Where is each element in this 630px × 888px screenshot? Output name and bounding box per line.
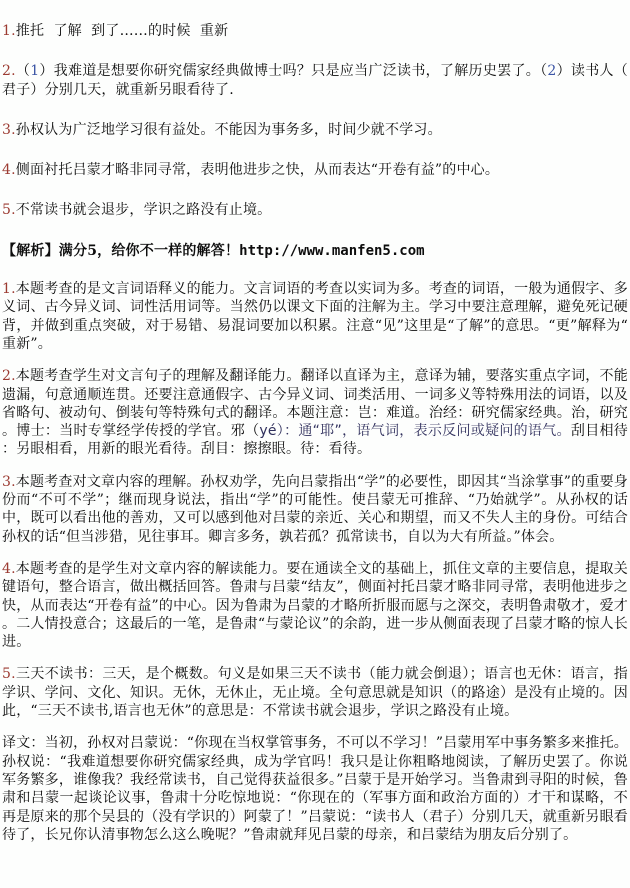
translation-paragraph: 译文：当初，孙权对吕蒙说：“你现在当权掌管事务，不可以不学习！”吕蒙用军中事务繁…: [2, 734, 628, 844]
answers-section: 1.推托 了解 到了……的时候 重新 2.（1）我难道是想要你研究儒家经典做博士…: [2, 22, 628, 220]
text-run: （: [16, 63, 30, 79]
text-run: 5.: [2, 666, 16, 682]
answer-item-1: 1.推托 了解 到了……的时候 重新: [2, 22, 628, 40]
analysis-item-3: 3.本题考查对文章内容的理解。孙权劝学，先向吕蒙指出“学”的必要性，即因其“当涂…: [2, 473, 628, 546]
text-run: http://www.manfen5.com: [239, 243, 424, 259]
text-run: 侧面衬托吕蒙才略非同寻常，表明他进步之快，从而表达“开卷有益”的中心。: [16, 162, 499, 178]
answer-item-2: 2.（1）我难道是想要你研究儒家经典做博士吗？只是应当广泛读书，了解历史罢了。（…: [2, 62, 628, 99]
text-run: ）我难道是想要你研究儒家经典做博士吗？只是应当广泛读书，了解历史罢了。（: [39, 63, 547, 79]
analysis-item-4: 4.本题考查的是学生对文章内容的解读能力。要在通读全文的基础上，抓住文章的主要信…: [2, 560, 628, 651]
text-run: 【解析】满分5，给你不一样的解答！: [2, 243, 239, 259]
answer-item-5: 5.不常读书就会退步，学识之路没有止境。: [2, 201, 628, 219]
text-run: 4.: [2, 561, 16, 577]
text-run: 本题考查对文章内容的理解。孙权劝学，先向吕蒙指出“学”的必要性，即因其“当涂掌事…: [2, 474, 628, 545]
analysis-section: 1.本题考查的是文言词语释义的能力。文言词语的考查以实词为多。考查的词语，一般为…: [2, 280, 628, 720]
text-run: 1.: [2, 23, 16, 39]
text-run: 1: [30, 63, 39, 79]
text-run: 孙权认为广泛地学习很有益处。不能因为事务多，时间少就不学习。: [16, 122, 442, 138]
analysis-item-5: 5.三天不读书：三天，是个概数。句义是如果三天不读书（能力就会倒退）；语言也无休…: [2, 665, 628, 720]
text-run: 译文：当初，孙权对吕蒙说：“你现在当权掌管事务，不可以不学习！”吕蒙用军中事务繁…: [2, 735, 628, 842]
text-run: 4.: [2, 162, 16, 178]
text-run: 1.: [2, 281, 16, 297]
analysis-item-2: 2.本题考查学生对文言句子的理解及翻译能力。翻译以直译为主，意译为辅，要落实重点…: [2, 367, 628, 458]
text-run: 3.: [2, 474, 16, 490]
answer-item-3: 3.孙权认为广泛地学习很有益处。不能因为事务多，时间少就不学习。: [2, 121, 628, 139]
text-run: yé）：通“耶”，语气词，表示反问或疑问的语气。: [259, 423, 571, 439]
answer-item-4: 4.侧面衬托吕蒙才略非同寻常，表明他进步之快，从而表达“开卷有益”的中心。: [2, 161, 628, 179]
text-run: 本题考查的是学生对文章内容的解读能力。要在通读全文的基础上，抓住文章的主要信息，…: [2, 561, 628, 650]
text-run: 3.: [2, 122, 16, 138]
text-run: 推托 了解 到了……的时候 重新: [16, 23, 229, 39]
text-run: 2.: [2, 368, 16, 384]
document-page: 1.推托 了解 到了……的时候 重新 2.（1）我难道是想要你研究儒家经典做博士…: [2, 22, 628, 844]
text-run: 不常读书就会退步，学识之路没有止境。: [16, 202, 272, 218]
analysis-item-1: 1.本题考查的是文言词语释义的能力。文言词语的考查以实词为多。考查的词语，一般为…: [2, 280, 628, 353]
text-run: 5.: [2, 202, 16, 218]
solution-header: 【解析】满分5，给你不一样的解答！http://www.manfen5.com: [2, 242, 628, 260]
text-run: 三天不读书：三天，是个概数。句义是如果三天不读书（能力就会倒退）；语言也无休：语…: [2, 666, 628, 719]
text-run: 2.: [2, 63, 16, 79]
text-run: 本题考查的是文言词语释义的能力。文言词语的考查以实词为多。考查的词语，一般为通假…: [2, 281, 628, 352]
